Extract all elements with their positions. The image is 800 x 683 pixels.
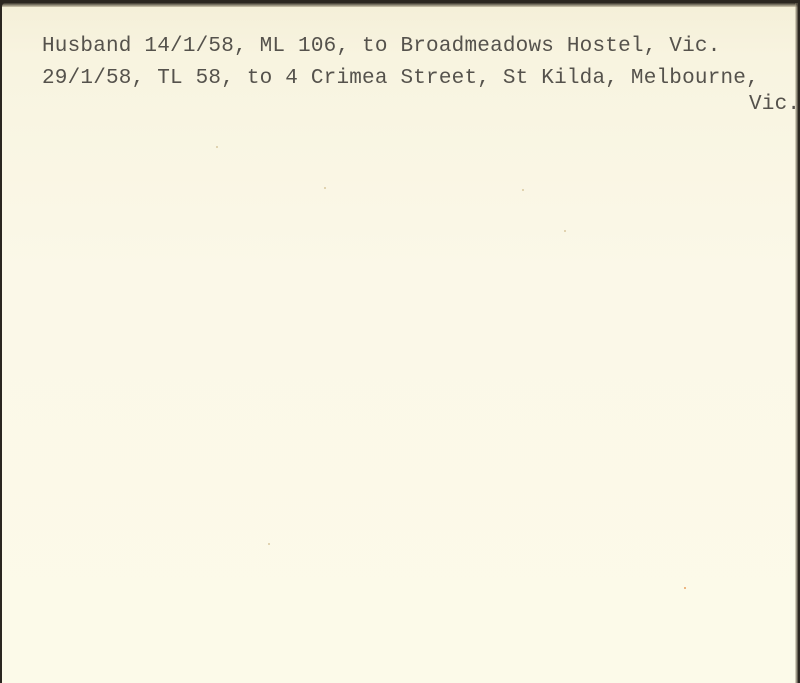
paper-speck bbox=[564, 230, 566, 232]
paper-speck bbox=[522, 189, 524, 191]
paper-speck bbox=[268, 543, 270, 545]
paper-speck bbox=[216, 146, 218, 148]
typed-line-2: 29/1/58, TL 58, to 4 Crimea Street, St K… bbox=[42, 67, 759, 90]
index-card: Husband 14/1/58, ML 106, to Broadmeadows… bbox=[2, 3, 798, 683]
paper-speck bbox=[324, 187, 326, 189]
typed-line-3: Vic. bbox=[749, 93, 800, 116]
typed-line-1: Husband 14/1/58, ML 106, to Broadmeadows… bbox=[42, 35, 721, 58]
paper-speck bbox=[684, 587, 686, 589]
